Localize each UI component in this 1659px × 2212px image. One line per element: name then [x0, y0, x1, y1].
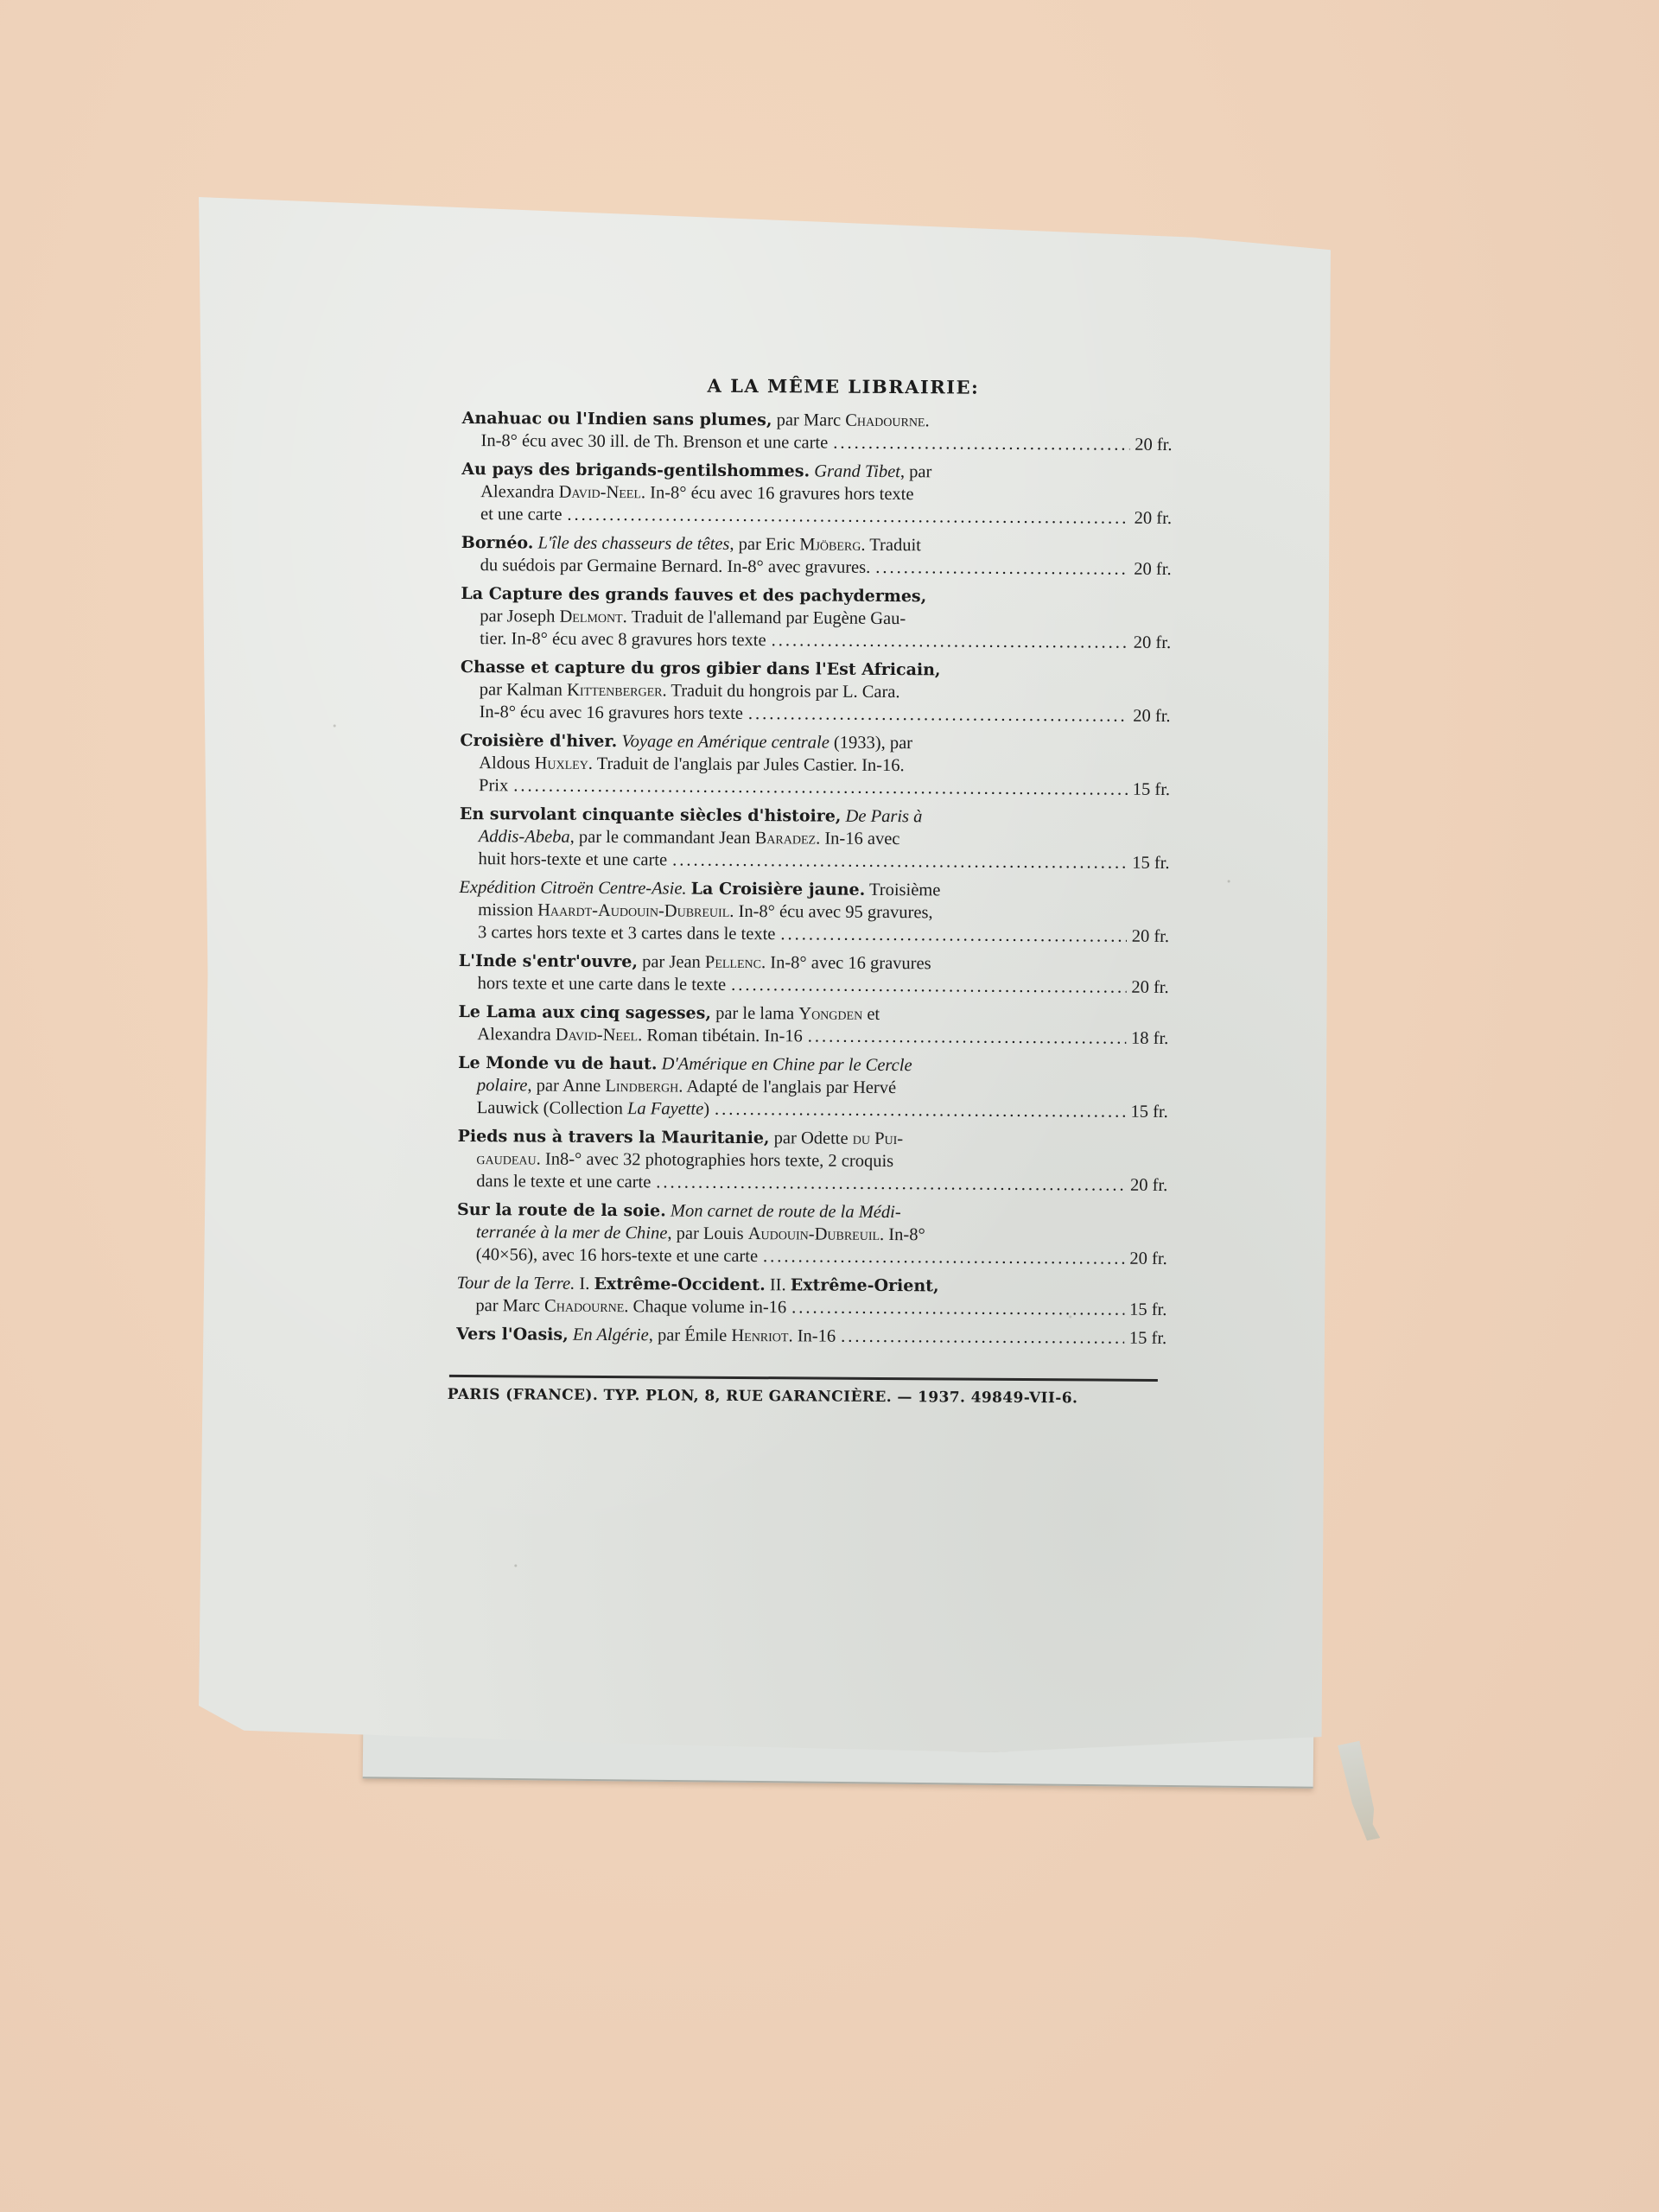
book-title: Croisière d'hiver.: [460, 731, 617, 751]
entry-text: Traduit: [865, 536, 921, 555]
entry-text: (1933), par: [829, 734, 912, 753]
author-name: Delmont.: [559, 607, 626, 626]
book-title: Extrême-Occident.: [594, 1274, 765, 1294]
catalogue-page: A LA MÊME LIBRAIRIE: Anahuac ou l'Indien…: [456, 373, 1173, 1408]
entry-text: terranée à la mer de Chine: [476, 1223, 668, 1243]
book-title: L'Inde s'entr'ouvre,: [459, 951, 638, 971]
author-name: du Pui-: [853, 1129, 903, 1148]
leader-dots: [841, 1325, 1124, 1350]
author-name: Chadourne.: [845, 411, 929, 431]
entry-text: , par Eric: [729, 535, 799, 554]
catalogue-entry: Vers l'Oasis, En Algérie, par Émile Henr…: [456, 1323, 1166, 1350]
entry-text: polaire: [477, 1076, 528, 1095]
entry-text: Tour de la Terre.: [457, 1274, 575, 1294]
entry-line: hors texte et une carte dans le texte20 …: [459, 972, 1169, 999]
entry-text: I.: [575, 1274, 594, 1294]
entry-text: par Jean: [638, 952, 705, 971]
entry-text: , par: [900, 462, 932, 481]
book-title: En survolant cinquante siècles d'histoir…: [460, 804, 842, 826]
leader-dots: [833, 432, 1129, 456]
entry-line: 3 cartes hors texte et 3 cartes dans le …: [459, 921, 1169, 948]
catalogue-entry: La Capture des grands fauves et des pach…: [461, 582, 1171, 654]
entry-line: du suédois par Germaine Bernard. In-8° a…: [461, 554, 1172, 581]
entry-text: Traduit de l'allemand par Eugène Gau-: [627, 607, 906, 628]
leader-dots: [791, 1296, 1124, 1320]
entry-text: et: [862, 1005, 880, 1024]
entry-text: In-8° avec 16 gravures: [766, 953, 931, 973]
price: 15 fr.: [1132, 852, 1169, 874]
catalogue-entry: Le Lama aux cinq sagesses, par le lama Y…: [458, 1001, 1168, 1050]
entry-text: In8-° avec 32 photographies hors texte, …: [541, 1150, 894, 1171]
catalogue-entry: Le Monde vu de haut. D'Amérique en Chine…: [458, 1052, 1168, 1123]
entry-text: Expédition Citroën Centre-Asie.: [459, 878, 686, 899]
entry-line: Lauwick (Collection La Fayette)15 fr.: [458, 1096, 1168, 1123]
entry-line: Prix15 fr.: [460, 774, 1170, 801]
entry-text: Traduit de l'anglais par Jules Castier. …: [593, 754, 905, 775]
entry-text: par Kalman: [480, 680, 567, 700]
entry-text: Aldous: [479, 753, 534, 772]
leader-dots: [748, 702, 1128, 728]
author-name: Audouin-Dubreuil.: [748, 1224, 885, 1244]
author-name: Henriot.: [731, 1326, 792, 1345]
entry-text: par Joseph: [480, 607, 559, 626]
catalogue-list: Anahuac ou l'Indien sans plumes, par Mar…: [456, 407, 1173, 1350]
entry-text: Voyage en Amérique centrale: [621, 732, 829, 752]
entry-text: et une carte: [480, 505, 563, 524]
price: 15 fr.: [1129, 1299, 1166, 1321]
author-name: Yongden: [798, 1004, 862, 1023]
price: 20 fr.: [1135, 507, 1172, 530]
catalogue-entry: Au pays des brigands-gentilshommes. Gran…: [461, 458, 1172, 530]
entry-text: De Paris à: [846, 807, 923, 827]
catalogue-entry: Chasse et capture du gros gibier dans l'…: [461, 656, 1171, 728]
entry-text: huit hors-texte et une carte: [478, 849, 667, 869]
entry-line: par Marc Chadourne. Chaque volume in-161…: [456, 1294, 1166, 1321]
entry-text: Mon carnet de route de la Médi-: [671, 1201, 901, 1222]
author-name: gaudeau.: [476, 1149, 540, 1168]
entry-text: In-16 avec: [820, 829, 899, 849]
divider-rule: [449, 1375, 1158, 1382]
price: 18 fr.: [1131, 1027, 1168, 1050]
entry-line: (40×56), avec 16 hors-texte et une carte…: [457, 1243, 1167, 1270]
entry-line: In-8° écu avec 30 ill. de Th. Brenson et…: [461, 429, 1172, 456]
entry-text: L'île des chasseurs de têtes: [537, 534, 729, 554]
catalogue-entry: Tour de la Terre. I. Extrême-Occident. I…: [456, 1272, 1166, 1321]
entry-text: par Marc: [475, 1296, 544, 1315]
author-name: Baradez.: [755, 829, 821, 848]
entry-line: Alexandra David-Neel. Roman tibétain. In…: [458, 1023, 1168, 1050]
book-title: Bornéo.: [461, 533, 534, 553]
entry-text: II.: [766, 1275, 791, 1294]
entry-text: par Odette: [770, 1128, 853, 1148]
leader-dots: [731, 974, 1126, 999]
price: 15 fr.: [1133, 779, 1170, 801]
author-name: Haardt-Audouin-Dubreuil.: [537, 901, 734, 921]
price: 20 fr.: [1131, 976, 1168, 999]
book-title: La Capture des grands fauves et des pach…: [461, 584, 926, 606]
leader-dots: [780, 923, 1126, 947]
book-title: La Croisière jaune.: [691, 880, 866, 899]
book-title: Sur la route de la soie.: [457, 1200, 666, 1220]
entry-text: Troisième: [865, 880, 940, 900]
author-name: Kittenberger.: [567, 681, 667, 701]
price: 20 fr.: [1134, 632, 1171, 654]
entry-text: hors texte et une carte dans le texte: [478, 974, 727, 995]
entry-text: , par Anne: [527, 1076, 605, 1096]
book-title: Anahuac ou l'Indien sans plumes,: [462, 409, 772, 429]
book-title: Pieds nus à travers la Mauritanie,: [458, 1127, 770, 1147]
entry-text: En Algérie: [573, 1325, 649, 1345]
entry-text: In-8° écu avec 30 ill. de Th. Brenson et…: [480, 431, 828, 452]
leader-dots: [513, 774, 1128, 800]
entry-text: ): [703, 1100, 709, 1119]
entry-text: tier. In-8° écu avec 8 gravures hors tex…: [480, 629, 766, 650]
leader-dots: [772, 629, 1128, 654]
entry-text: (40×56), avec 16 hors-texte et une carte: [476, 1245, 758, 1266]
leader-dots: [875, 556, 1128, 581]
entry-text: La Fayette: [627, 1099, 703, 1119]
price: 20 fr.: [1134, 558, 1171, 581]
torn-paper-flap: [1338, 1741, 1380, 1843]
entry-text: , par le commandant Jean: [570, 828, 755, 848]
catalogue-entry: Sur la route de la soie. Mon carnet de r…: [457, 1198, 1167, 1270]
book-title: Extrême-Orient,: [791, 1275, 939, 1295]
entry-text: par Marc: [772, 410, 845, 430]
entry-text: In-8° écu avec 16 gravures hors texte: [480, 702, 743, 723]
entry-text: Grand Tibet: [814, 461, 900, 481]
leader-dots: [672, 849, 1127, 874]
entry-text: , par Émile: [649, 1325, 732, 1345]
entry-text: Roman tibétain. In-16: [642, 1026, 803, 1046]
entry-text: Adapté de l'anglais par Hervé: [683, 1077, 896, 1098]
entry-line: Vers l'Oasis, En Algérie, par Émile Henr…: [456, 1323, 1166, 1350]
catalogue-entry: Pieds nus à travers la Mauritanie, par O…: [457, 1125, 1167, 1197]
book-title: Vers l'Oasis,: [456, 1325, 569, 1344]
price: 20 fr.: [1130, 1174, 1167, 1197]
catalogue-entry: Anahuac ou l'Indien sans plumes, par Mar…: [461, 407, 1172, 456]
entry-text: In-8° écu avec 95 gravures,: [734, 902, 932, 922]
entry-text: mission: [478, 900, 537, 919]
catalogue-entry: L'Inde s'entr'ouvre, par Jean Pellenc. I…: [459, 950, 1169, 999]
author-name: Mjöberg.: [799, 535, 865, 554]
book-title: Chasse et capture du gros gibier dans l'…: [461, 658, 941, 679]
entry-text: Traduit du hongrois par L. Cara.: [667, 681, 900, 702]
author-name: David-Neel.: [556, 1026, 643, 1046]
price: 20 fr.: [1133, 705, 1170, 728]
book-title: Le Lama aux cinq sagesses,: [458, 1002, 711, 1023]
catalogue-entry: Croisière d'hiver. Voyage en Amérique ce…: [460, 729, 1170, 801]
entry-text: , par Louis: [667, 1224, 748, 1243]
entry-text: 3 cartes hors texte et 3 cartes dans le …: [478, 923, 776, 944]
book-title: Au pays des brigands-gentilshommes.: [461, 460, 810, 480]
entry-text: In-8°: [884, 1225, 925, 1244]
leader-dots: [808, 1025, 1126, 1049]
entry-text: D'Amérique en Chine par le Cercle: [662, 1054, 912, 1075]
entry-line: dans le texte et une carte20 fr.: [457, 1170, 1167, 1197]
author-name: Lindbergh.: [605, 1077, 683, 1096]
entry-line: huit hors-texte et une carte15 fr.: [459, 848, 1169, 874]
entry-text: Addis-Abeba: [479, 827, 570, 847]
entry-text: dans le texte et une carte: [476, 1172, 651, 1192]
entry-line: et une carte20 fr.: [461, 503, 1172, 530]
entry-text: par le lama: [711, 1004, 798, 1024]
entry-text: In-8° écu avec 16 gravures hors texte: [645, 483, 914, 504]
author-name: David-Neel.: [559, 483, 646, 503]
entry-text: du suédois par Germaine Bernard. In-8° a…: [480, 556, 871, 577]
author-name: Huxley.: [535, 754, 594, 773]
leader-dots: [656, 1171, 1125, 1196]
entry-text: Lauwick (Collection: [477, 1098, 627, 1118]
leader-dots: [715, 1098, 1126, 1123]
entry-text: Alexandra: [480, 482, 559, 502]
price: 15 fr.: [1130, 1101, 1167, 1123]
entry-line: tier. In-8° écu avec 8 gravures hors tex…: [461, 627, 1171, 654]
leader-dots: [763, 1245, 1125, 1270]
price: 15 fr.: [1129, 1327, 1166, 1350]
entry-text: Alexandra: [477, 1025, 556, 1045]
catalogue-entry: Bornéo. L'île des chasseurs de têtes, pa…: [461, 531, 1172, 581]
entry-text: Chaque volume in-16: [628, 1297, 786, 1317]
author-name: Chadourne.: [544, 1297, 628, 1317]
price: 20 fr.: [1129, 1248, 1166, 1270]
leader-dots: [567, 504, 1128, 530]
price: 20 fr.: [1135, 434, 1172, 456]
entry-text: Prix: [479, 776, 508, 795]
entry-text: In-16: [793, 1326, 836, 1345]
catalogue-header: A LA MÊME LIBRAIRIE:: [514, 373, 1173, 399]
catalogue-entry: Expédition Citroën Centre-Asie. La Crois…: [459, 876, 1169, 948]
book-title: Le Monde vu de haut.: [458, 1053, 657, 1073]
catalogue-entry: En survolant cinquante siècles d'histoir…: [459, 803, 1169, 874]
author-name: Pellenc.: [705, 953, 766, 972]
entry-line: In-8° écu avec 16 gravures hors texte20 …: [461, 701, 1171, 728]
price: 20 fr.: [1132, 925, 1169, 948]
